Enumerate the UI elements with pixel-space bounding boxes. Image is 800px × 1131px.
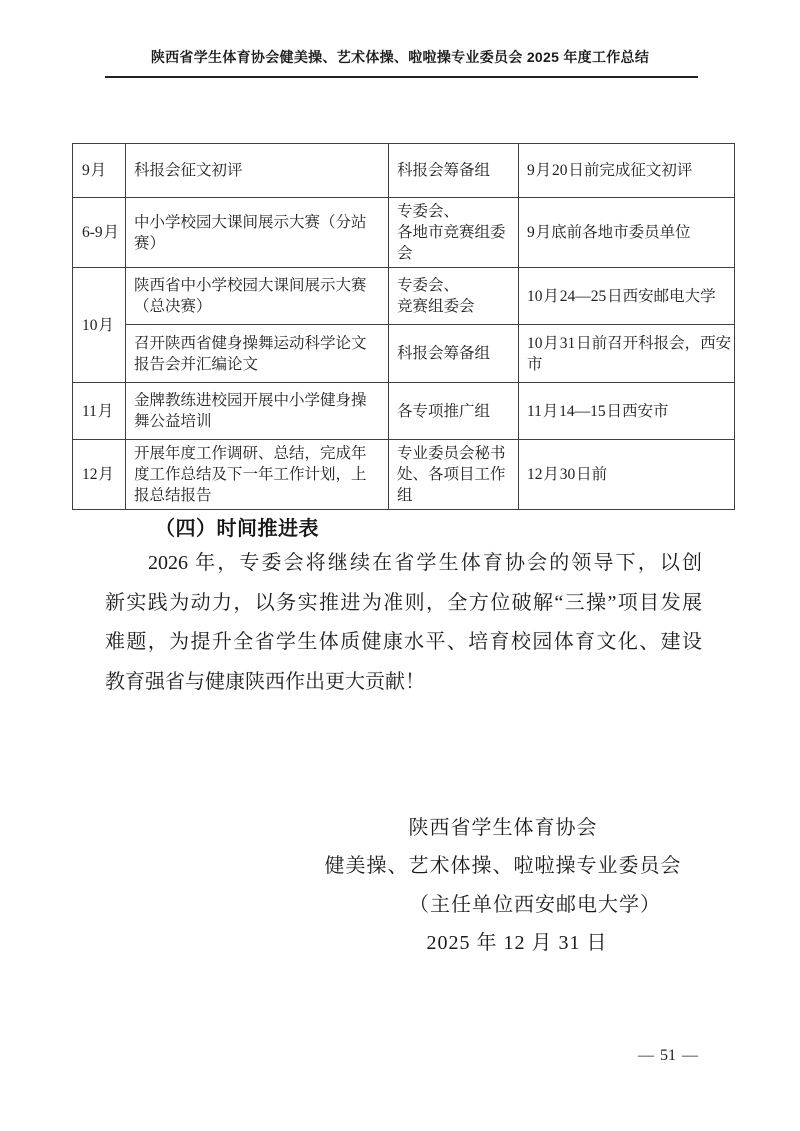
table-cell-activity: 开展年度工作调研、总结，完成年度工作总结及下一年工作计划，上报总结报告 <box>126 440 389 510</box>
table-row: 9 月 科报会征文初评 科报会筹备组 9 月 20 日前完成征文初评 <box>73 144 735 198</box>
table-cell-month: 12 月 <box>73 440 126 510</box>
document-page: 陕西省学生体育协会健美操、艺术体操、啦啦操专业委员会 2025 年度工作总结 9… <box>0 0 800 1131</box>
signature-org-line: 陕西省学生体育协会 <box>270 809 736 847</box>
table-cell-time: 12 月 30 日前 <box>519 440 735 510</box>
paragraph-line: 难题，为提升全省学生体质健康水平、培育校园体育文化、建设 <box>105 623 702 663</box>
table-row: 6-9 月 中小学校园大课间展示大赛（分站赛） 专委会、 各地市竞赛组委会 9 … <box>73 198 735 268</box>
table-cell-activity: 金牌教练进校园开展中小学健身操舞公益培训 <box>126 383 389 440</box>
page-number: — 51 — <box>598 1047 738 1065</box>
table-row: 召开陕西省健身操舞运动科学论文报告会并汇编论文 科报会筹备组 10 月 31 日… <box>73 325 735 383</box>
table-row: 11 月 金牌教练进校园开展中小学健身操舞公益培训 各专项推广组 11 月 14… <box>73 383 735 440</box>
table-cell-time: 11 月 14—15 日西安市 <box>519 383 735 440</box>
signature-date-line: 2025 年 12 月 31 日 <box>284 924 750 962</box>
document-header-title: 陕西省学生体育协会健美操、艺术体操、啦啦操专业委员会 2025 年度工作总结 <box>0 47 800 67</box>
work-schedule-table: 9 月 科报会征文初评 科报会筹备组 9 月 20 日前完成征文初评 6-9 月… <box>72 143 735 510</box>
signature-committee-line: 健美操、艺术体操、啦啦操专业委员会 <box>270 847 736 885</box>
signature-block: 陕西省学生体育协会 健美操、艺术体操、啦啦操专业委员会 （主任单位西安邮电大学）… <box>270 809 736 963</box>
table-cell-group: 各专项推广组 <box>389 383 519 440</box>
table-cell-activity: 中小学校园大课间展示大赛（分站赛） <box>126 198 389 268</box>
section-heading: （四）时间推进表 <box>155 512 319 541</box>
table-cell-activity: 陕西省中小学校园大课间展示大赛（总决赛） <box>126 268 389 325</box>
table-row: 12 月 开展年度工作调研、总结，完成年度工作总结及下一年工作计划，上报总结报告… <box>73 440 735 510</box>
table-cell-month: 11 月 <box>73 383 126 440</box>
table-cell-month: 10 月 <box>73 268 126 383</box>
header-rule <box>105 76 698 78</box>
table-cell-group: 科报会筹备组 <box>389 325 519 383</box>
table-cell-month: 9 月 <box>73 144 126 198</box>
table-cell-group: 专委会、 竞赛组委会 <box>389 268 519 325</box>
table-cell-time: 10 月 31 日前召开科报会，西安市 <box>519 325 735 383</box>
table-cell-activity: 召开陕西省健身操舞运动科学论文报告会并汇编论文 <box>126 325 389 383</box>
signature-host-line: （主任单位西安邮电大学） <box>302 886 768 924</box>
table-cell-group: 科报会筹备组 <box>389 144 519 198</box>
table-cell-time: 10 月 24—25 日西安邮电大学 <box>519 268 735 325</box>
table-cell-group: 专委会、 各地市竞赛组委会 <box>389 198 519 268</box>
table-row: 10 月 陕西省中小学校园大课间展示大赛（总决赛） 专委会、 竞赛组委会 10 … <box>73 268 735 325</box>
table-cell-activity: 科报会征文初评 <box>126 144 389 198</box>
table-cell-time: 9 月 20 日前完成征文初评 <box>519 144 735 198</box>
paragraph-line: 教育强省与健康陕西作出更大贡献！ <box>105 663 702 703</box>
table-cell-month: 6-9 月 <box>73 198 126 268</box>
paragraph-line: 2026 年，专委会将继续在省学生体育协会的领导下，以创 <box>105 544 702 584</box>
body-paragraph: 2026 年，专委会将继续在省学生体育协会的领导下，以创 新实践为动力，以务实推… <box>105 544 702 702</box>
paragraph-line: 新实践为动力，以务实推进为准则，全方位破解“三操”项目发展 <box>105 584 702 624</box>
table-cell-group: 专业委员会秘书处、各项目工作组 <box>389 440 519 510</box>
table-cell-time: 9 月底前各地市委员单位 <box>519 198 735 268</box>
